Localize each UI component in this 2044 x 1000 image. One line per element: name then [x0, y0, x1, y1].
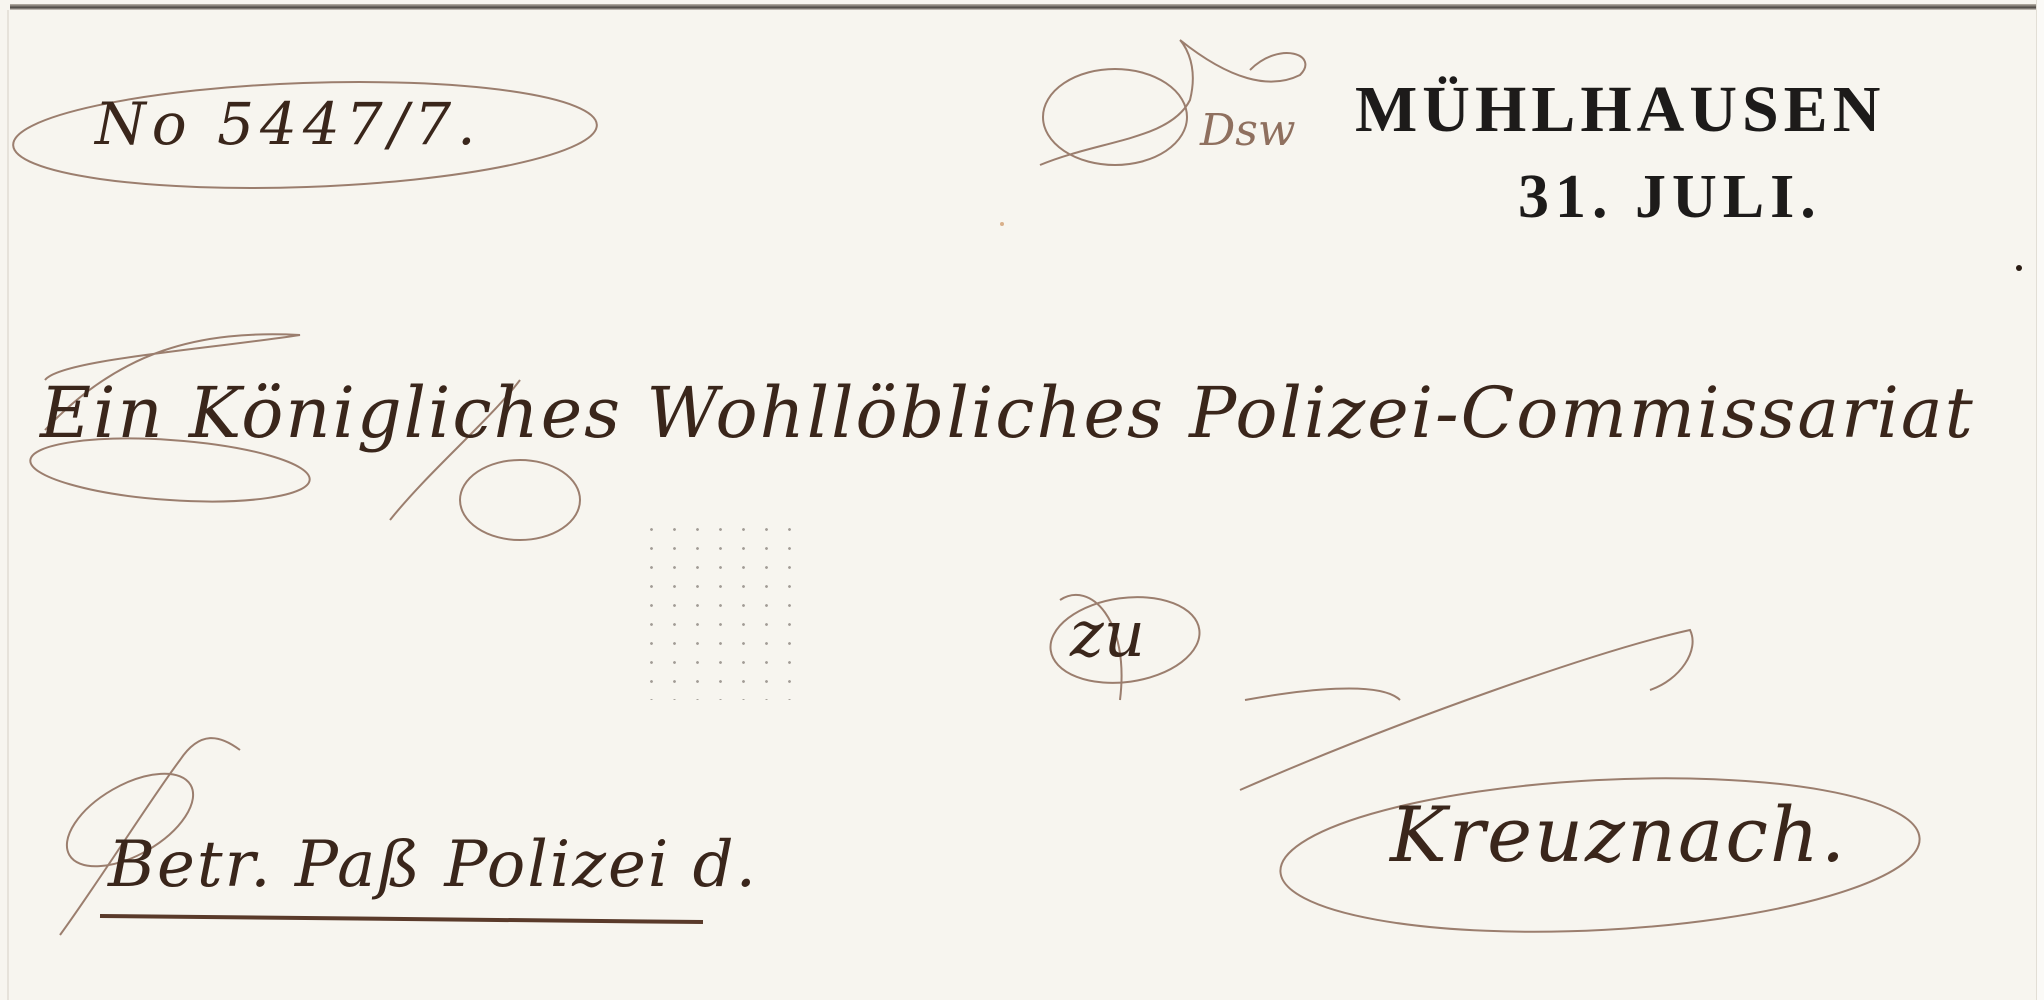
postmark-town: MÜHLHAUSEN — [1355, 72, 1885, 148]
paper-right-edge — [2036, 0, 2044, 1000]
faint-arrival-stamp — [640, 520, 810, 700]
destination-town: Kreuznach. — [1390, 790, 1847, 879]
service-mark: Dsw — [1200, 105, 1296, 156]
letter-sheet: No 5447/7. Dsw MÜHLHAUSEN 31. JULI. Ein … — [0, 0, 2044, 1000]
addressee-line: Ein Königliches Wohllöbliches Polizei-Co… — [40, 372, 1975, 454]
paper-left-edge — [7, 10, 9, 1000]
postmark-date: 31. JULI. — [1518, 162, 1822, 233]
via-mark: zu — [1070, 598, 1145, 672]
subject-annotation: Betr. Paß Polizei d. — [108, 828, 758, 902]
ink-blot — [2016, 265, 2022, 271]
paper-top-edge — [10, 4, 2040, 10]
reference-number: No 5447/7. — [95, 90, 482, 158]
ink-blot — [1000, 222, 1004, 226]
